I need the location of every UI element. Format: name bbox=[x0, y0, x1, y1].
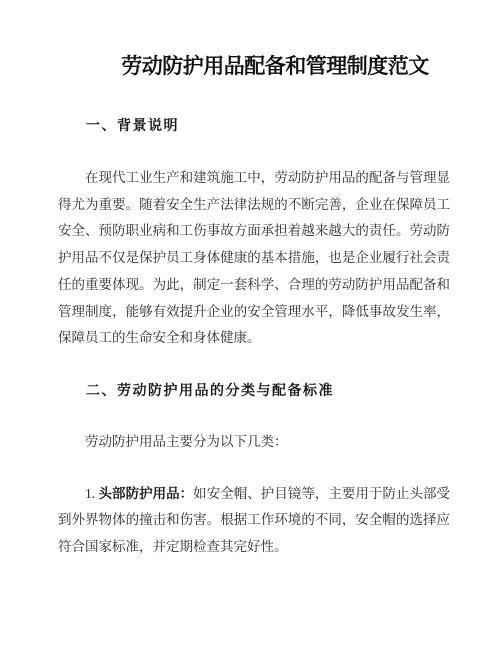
paragraph-background: 在现代工业生产和建筑施工中，劳动防护用品的配备与管理显得尤为重要。随着安全生产法… bbox=[58, 165, 450, 352]
list-item-label: 头部防护用品： bbox=[99, 486, 194, 501]
list-item: 1. 头部防护用品：如安全帽、护目镜等，主要用于防止头部受到外界物体的撞击和伤害… bbox=[58, 481, 450, 561]
document-page: 劳动防护用品配备和管理制度范文 一、背景说明 在现代工业生产和建筑施工中，劳动防… bbox=[0, 0, 500, 647]
paragraph-classification-intro: 劳动防护用品主要分为以下几类： bbox=[58, 429, 450, 456]
section-heading-background: 一、背景说明 bbox=[58, 112, 450, 139]
section-heading-classification: 二、劳动防护用品的分类与配备标准 bbox=[58, 377, 450, 404]
list-item-number: 1. bbox=[85, 486, 95, 501]
document-title: 劳动防护用品配备和管理制度范文 bbox=[58, 0, 450, 82]
